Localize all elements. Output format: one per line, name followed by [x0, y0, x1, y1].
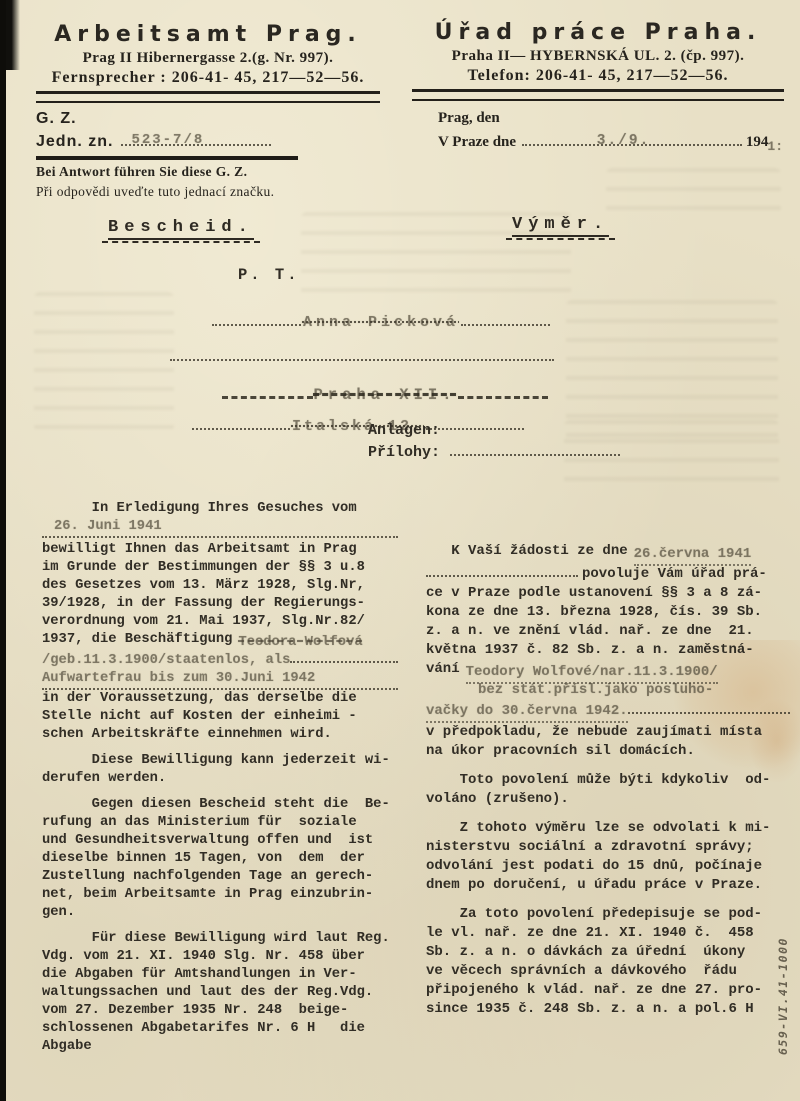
office-title-german: Arbeitsamt Prag.: [36, 22, 380, 47]
german-paragraph-1: bewilligt Ihnen das Arbeitsamt in Prag i…: [42, 541, 398, 631]
document-title-german: Bescheid.: [102, 218, 260, 243]
german-paragraph-2: in der Voraussetzung, das derselbe die S…: [42, 690, 398, 744]
reference-note-german: Bei Antwort führen Sie diese G. Z.: [36, 164, 338, 180]
dash-leader: [222, 383, 313, 400]
german-typed-date-line: 26. Juni 1941: [42, 518, 398, 538]
dotted-leader: [212, 310, 301, 326]
office-address-czech: Praha II— HYBERNSKÁ UL. 2. (čp. 997).: [412, 48, 784, 65]
czech-paragraph-2: v předpokladu, že nebude zaujímati místa…: [426, 723, 790, 761]
german-paragraph-5: Für diese Bewilligung wird laut Reg. Vdg…: [42, 930, 398, 1056]
body-column-german: In Erledigung Ihres Gesuches vom 26. Jun…: [42, 500, 398, 1056]
dotted-leader: [426, 563, 578, 577]
gz-label: G. Z.: [36, 110, 338, 128]
dotted-leader: [450, 441, 620, 456]
dotted-leader: [192, 414, 290, 430]
german-typed-detail-line-1: /geb.11.3.1900/staatenlos, als: [42, 649, 398, 670]
document-title-czech: Výměr.: [506, 215, 615, 240]
print-form-number: 659-VI.41-1000: [776, 915, 790, 1055]
office-address-german: Prag II Hibernergasse 2.(g. Nr. 997).: [36, 50, 380, 67]
typed-worker-name-czech: Teodory Wolfové/nar.11.3.1900/: [466, 663, 718, 684]
german-paragraph-3: Diese Bewilligung kann jederzeit wi- der…: [42, 752, 398, 788]
czech-paragraph-4: Z tohoto výměru lze se odvolati k mi- ni…: [426, 819, 790, 895]
masthead-german: Arbeitsamt Prag. Prag II Hibernergasse 2…: [36, 22, 380, 103]
typed-year-digit: 1:: [767, 139, 783, 154]
czech-intro-line: K Vaší žádosti ze dne 26.června 1941: [426, 542, 790, 563]
german-employment-line: 1937, die Beschäftigung Teodora Wolfová: [42, 631, 398, 649]
addressee-city-line: Praha XII.: [222, 383, 548, 405]
german-typed-detail-line-2: Aufwartefrau bis zum 30.Juni 1942: [42, 670, 398, 690]
printed-year: 194: [746, 134, 769, 151]
body-column-czech: K Vaší žádosti ze dne 26.června 1941 pov…: [426, 542, 790, 1019]
document-page: Arbeitsamt Prag. Prag II Hibernergasse 2…: [6, 0, 800, 1101]
enclosures-line-czech: Přílohy:: [368, 441, 620, 463]
typed-worker-name-german: Teodora Wolfová: [238, 634, 362, 652]
reference-note-czech: Při odpovědi uveďte tuto jednací značku.: [36, 184, 338, 200]
czech-paragraph-5: Za toto povolení předepisuje se pod- le …: [426, 905, 790, 1019]
enclosures-label-german: Anlagen:: [368, 420, 620, 441]
salutation: P. T.: [238, 266, 300, 284]
date-line: V Praze dne 3./9. 194 1:: [438, 131, 784, 151]
typed-application-date-german: 26. Juni 1941: [54, 519, 162, 534]
addressee-block: Anna Picková Praha XII. Italská 12.: [166, 310, 558, 435]
dotted-leader: 523-7/8: [121, 130, 271, 146]
ink-bleedthrough: [34, 292, 174, 432]
masthead-czech: Úřad práce Praha. Praha II— HYBERNSKÁ UL…: [412, 20, 784, 101]
dotted-leader: [461, 310, 550, 326]
addressee-city: Praha XII.: [314, 386, 457, 404]
czech-employment-line: vání Teodory Wolfové/nar.11.3.1900/: [426, 660, 790, 681]
jedn-label: Jedn. zn.: [36, 133, 113, 151]
enclosures-label-czech: Přílohy:: [368, 442, 440, 463]
masthead-rule-left: [36, 91, 380, 103]
ink-bleedthrough: [606, 168, 781, 223]
scan-edge: [6, 0, 20, 70]
czech-typed-detail-line-2: vačky do 30.června 1942.: [426, 700, 790, 723]
office-phone-czech: Telefon: 206-41- 45, 217—52—56.: [412, 67, 784, 85]
reference-number-line: Jedn. zn. 523-7/8: [36, 130, 338, 151]
date-label-czech: V Praze dne: [438, 134, 516, 151]
german-paragraph-4: Gegen diesen Bescheid steht die Be- rufu…: [42, 796, 398, 922]
date-block: Prag, den V Praze dne 3./9. 194 1:: [438, 110, 784, 151]
dotted-rule: [170, 357, 554, 361]
dotted-leader: [628, 700, 790, 714]
reference-block: G. Z. Jedn. zn. 523-7/8 Bei Antwort führ…: [36, 110, 338, 200]
german-intro-line: In Erledigung Ihres Gesuches vom: [42, 500, 398, 518]
typed-application-date-czech: 26.června 1941: [634, 545, 752, 566]
masthead-rule-right: [412, 89, 784, 101]
enclosures-block: Anlagen: Přílohy:: [368, 420, 620, 463]
czech-paragraph-1: ce v Praze podle ustanovení §§ 3 a 8 zá-…: [426, 584, 790, 660]
reference-rule: [36, 156, 298, 160]
addressee-name-line: Anna Picková: [212, 310, 550, 331]
typed-date: 3./9.: [597, 133, 651, 149]
addressee-name: Anna Picková: [303, 314, 459, 331]
date-label-german: Prag, den: [438, 110, 784, 127]
typed-reference-number: 523-7/8: [131, 132, 204, 148]
dash-leader: [458, 383, 549, 400]
dotted-leader: 3./9.: [522, 131, 742, 146]
office-phone-german: Fernsprecher : 206-41- 45, 217—52—56.: [36, 69, 380, 87]
czech-povoluje-line: povoluje Vám úřad prá-: [426, 563, 790, 584]
office-title-czech: Úřad práce Praha.: [412, 20, 784, 45]
czech-paragraph-3: Toto povolení může býti kdykoliv od- vol…: [426, 771, 790, 809]
